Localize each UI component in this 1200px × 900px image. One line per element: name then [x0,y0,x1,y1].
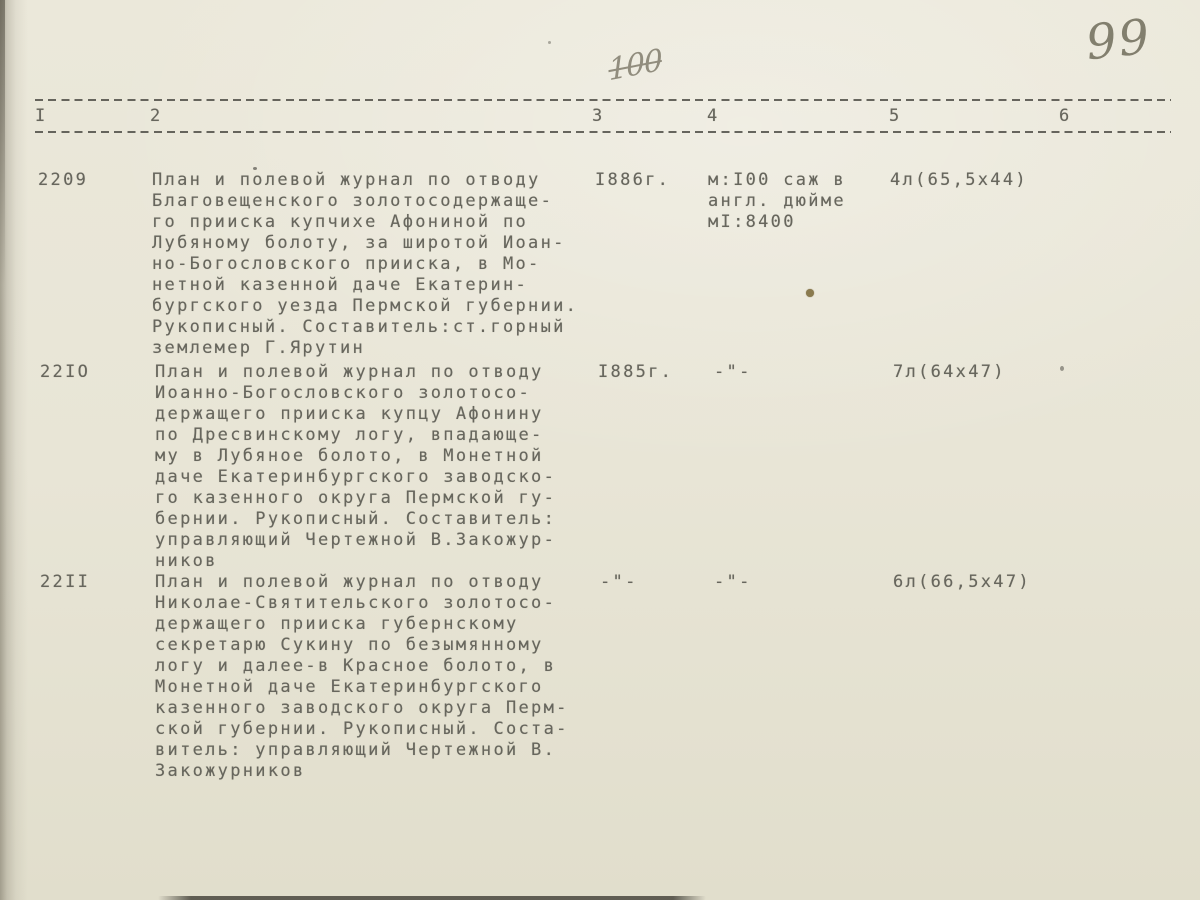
entry-extent: 6л(66,5х47) [893,572,1031,593]
column-header-5: 5 [889,106,902,127]
column-header-6: 6 [1059,106,1072,127]
handwritten-crossed-number: 100 [608,43,663,89]
scanned-document-page: 100 99 I 2 3 4 5 6 2209 План и полевой ж… [0,0,1200,900]
paper-speck [1060,366,1064,371]
entry-number: 22IO [40,362,90,383]
entry-scale: -"- [714,572,752,593]
entry-description: План и полевой журнал по отводу Благовещ… [152,170,582,359]
entry-extent: 4л(65,5х44) [890,170,1028,191]
entry-extent: 7л(64х47) [893,362,1006,383]
entry-description: План и полевой журнал по отводу Николае-… [155,572,585,782]
entry-scale: -"- [714,362,752,383]
entry-number: 22II [40,572,90,593]
handwritten-page-number: 99 [1083,9,1154,71]
entry-date: -"- [600,572,638,593]
table-header-rule-top [35,99,1171,101]
entry-description: План и полевой журнал по отводу Иоанно-Б… [155,362,585,572]
entry-date: I886г. [595,170,670,191]
entry-number: 2209 [38,170,88,191]
page-left-edge-shadow [0,0,28,900]
entry-scale: м:I00 саж в англ. дюйме мI:8400 [708,170,883,233]
page-left-edge-dark-strip [0,0,5,300]
column-header-1: I [35,106,48,127]
column-header-2: 2 [150,106,163,127]
paper-speck [806,289,814,297]
column-header-3: 3 [592,106,605,127]
scan-bottom-edge [158,896,706,900]
table-header-rule-bottom [35,131,1171,133]
paper-speck [548,41,551,44]
entry-date: I885г. [598,362,673,383]
column-header-4: 4 [707,106,720,127]
